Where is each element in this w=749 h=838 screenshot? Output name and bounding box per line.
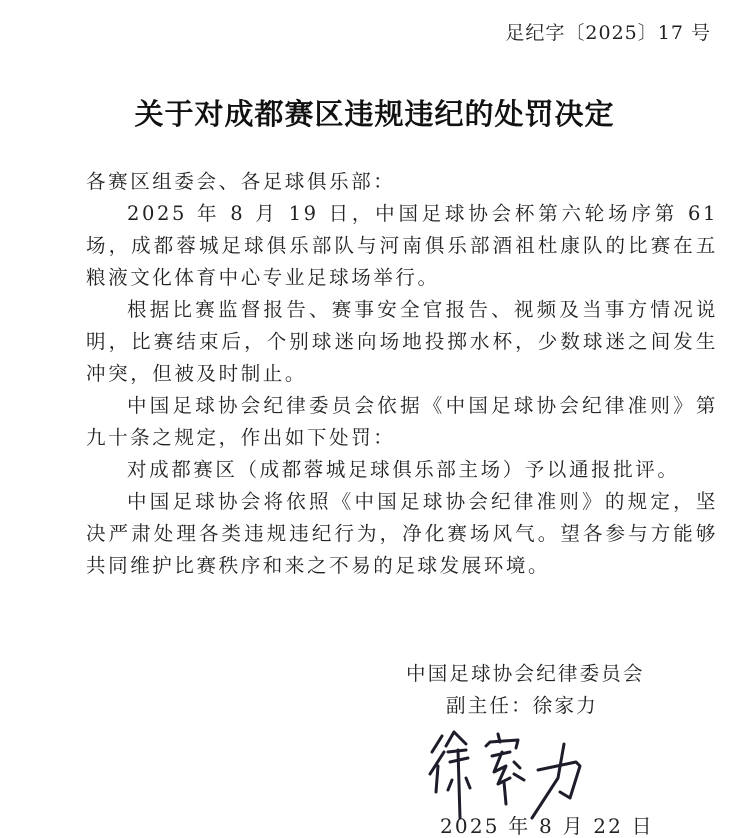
document-number: 足纪字〔2025〕17 号	[505, 18, 711, 45]
paragraph-incident: 2025 年 8 月 19 日，中国足球协会杯第六轮场序第 61 场，成都蓉城足…	[86, 198, 718, 294]
signature-role: 副主任：徐家力	[446, 690, 598, 718]
salutation: 各赛区组委会、各足球俱乐部：	[86, 166, 718, 198]
paragraph-closing: 中国足球协会将依照《中国足球协会纪律准则》的规定，坚决严肃处理各类违规违纪行为，…	[86, 486, 718, 582]
document-title: 关于对成都赛区违规违纪的处罚决定	[0, 92, 749, 133]
handwritten-signature-icon	[420, 722, 620, 822]
paragraph-findings: 根据比赛监督报告、赛事安全官报告、视频及当事方情况说明，比赛结束后，个别球迷向场…	[86, 294, 718, 390]
signature-organization: 中国足球协会纪律委员会	[406, 658, 645, 686]
document-body: 各赛区组委会、各足球俱乐部： 2025 年 8 月 19 日，中国足球协会杯第六…	[86, 166, 718, 582]
paragraph-penalty: 对成都赛区（成都蓉城足球俱乐部主场）予以通报批评。	[86, 454, 718, 486]
signature-date: 2025 年 8 月 22 日	[440, 810, 654, 838]
paragraph-basis: 中国足球协会纪律委员会依据《中国足球协会纪律准则》第九十条之规定，作出如下处罚：	[86, 390, 718, 454]
